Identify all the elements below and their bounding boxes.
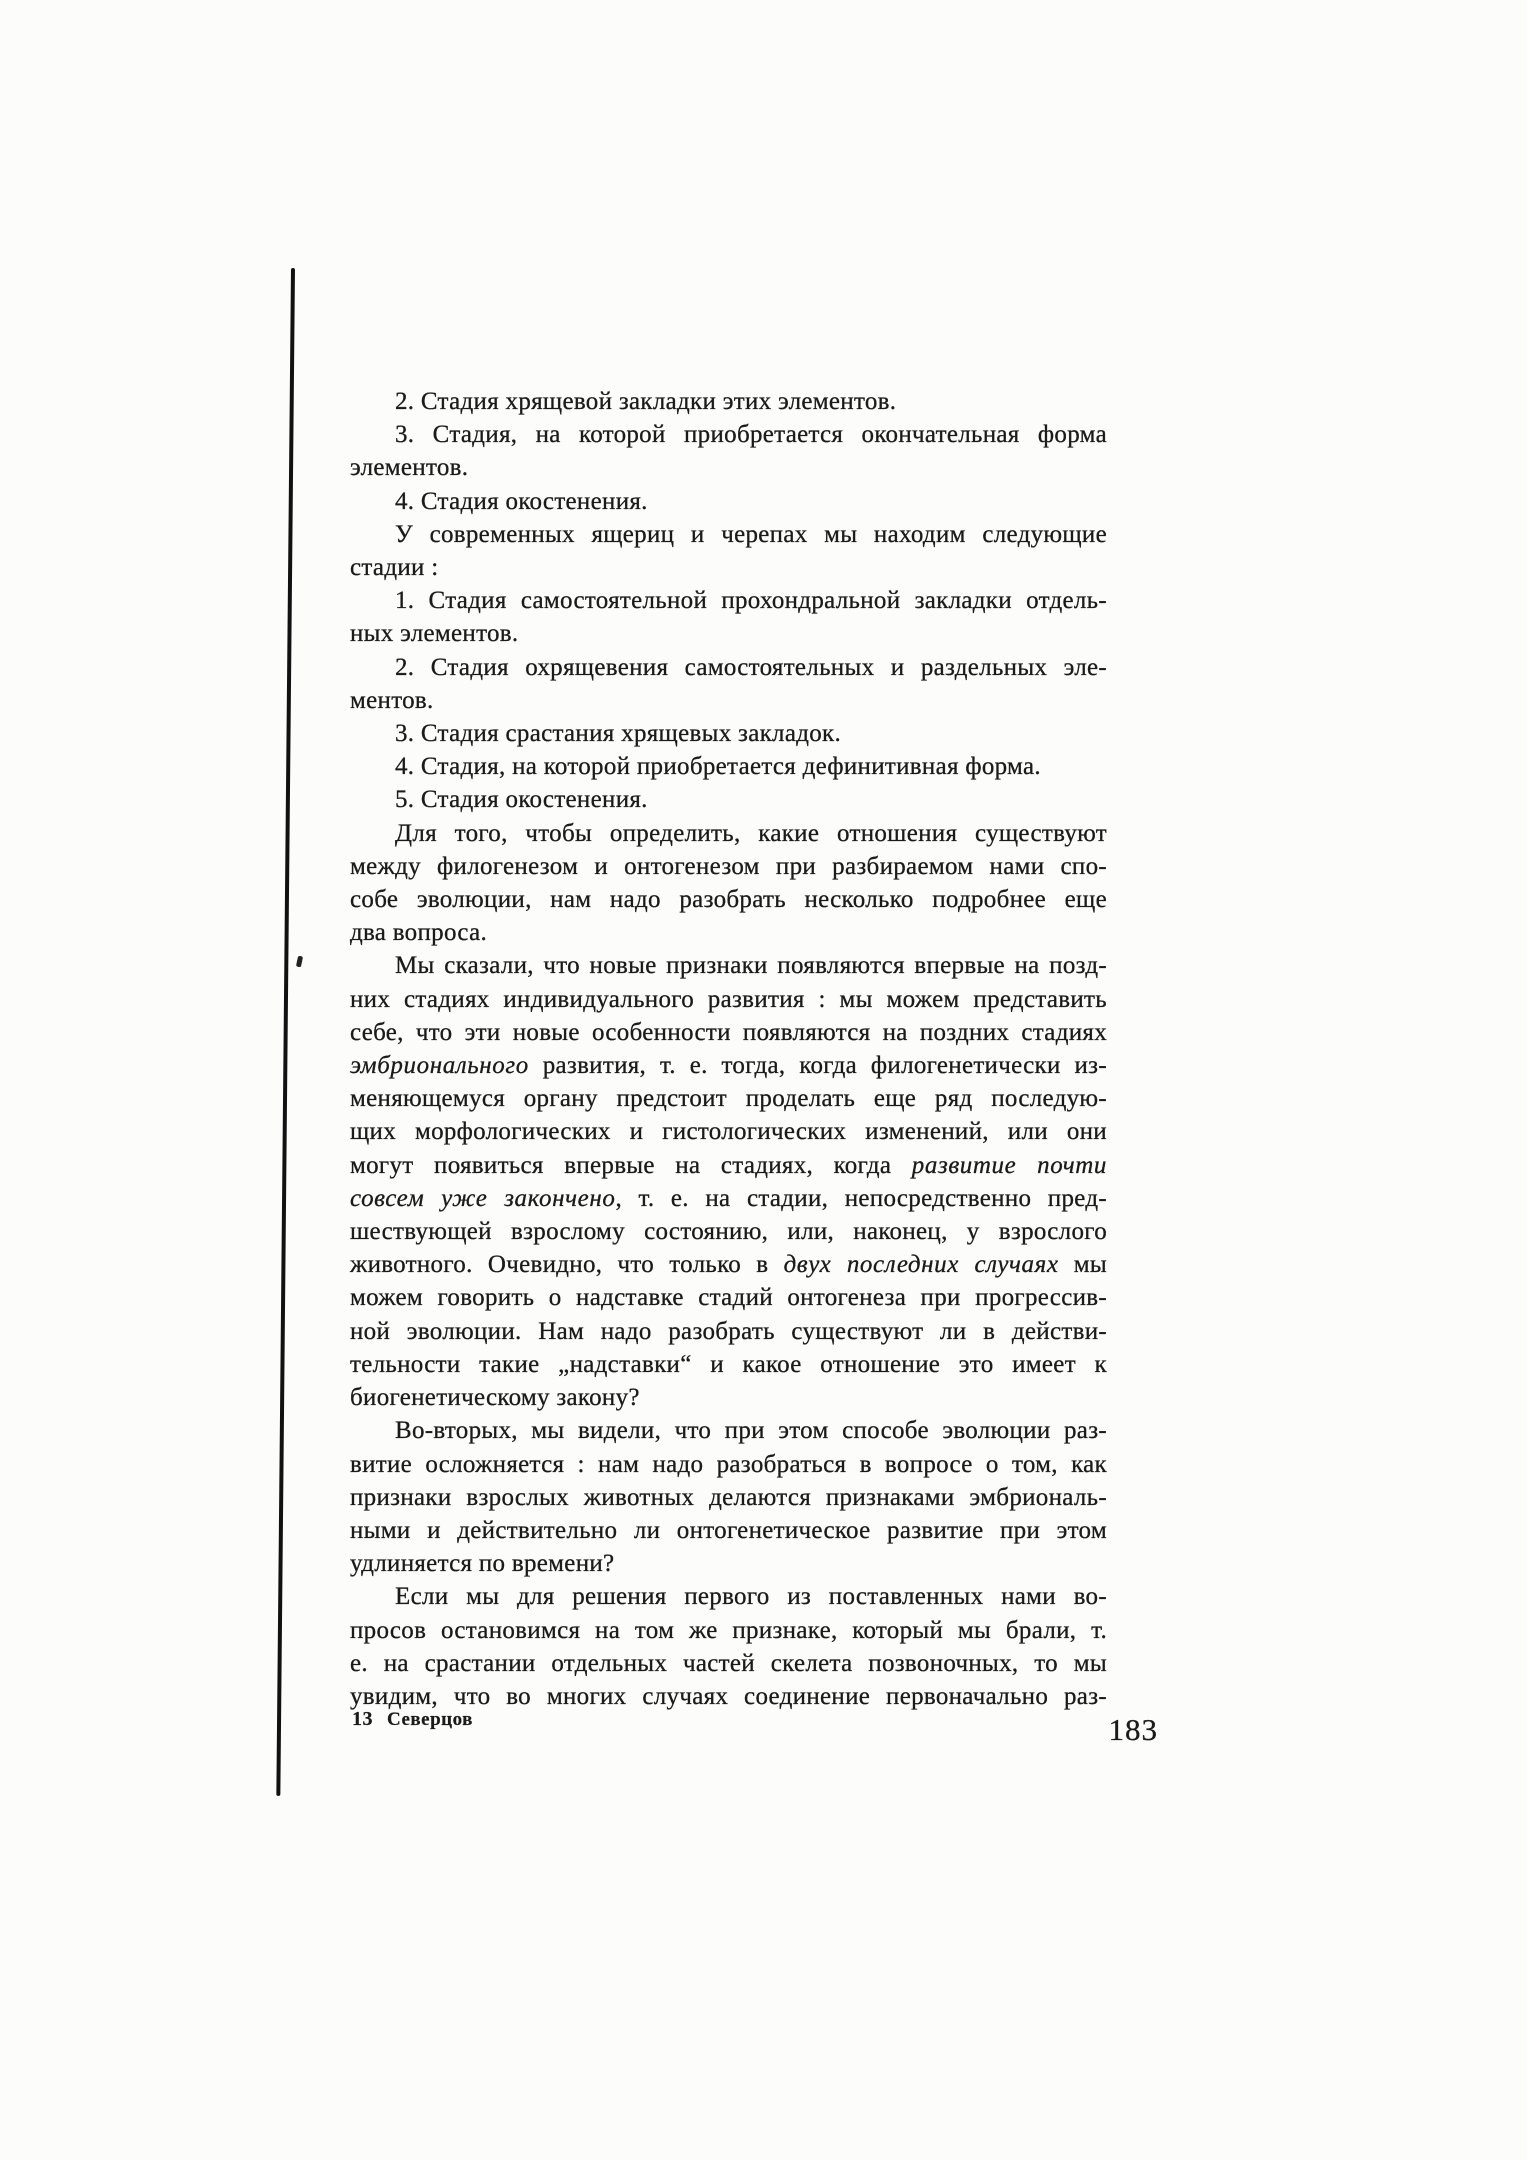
text-line: ных элементов. — [350, 617, 1107, 650]
text-segment: Мы сказали, что новые признаки появляютс… — [395, 952, 1107, 979]
text-segment: биогенетическому закону? — [350, 1384, 640, 1411]
text-line: 4. Стадия, на которой приобретается дефи… — [350, 750, 1107, 783]
text-segment: признаки взрослых животных делаются приз… — [350, 1484, 1107, 1511]
text-segment: 3. Стадия, на которой приобретается окон… — [395, 421, 1107, 448]
italic-text-segment: развитие почти — [912, 1152, 1107, 1179]
text-segment: мы — [1059, 1251, 1107, 1278]
text-line: удлиняется по времени? — [350, 1547, 1107, 1580]
text-line: между филогенезом и онтогенезом при разб… — [350, 850, 1107, 883]
text-line: просов остановимся на том же признаке, к… — [350, 1614, 1107, 1647]
text-segment: ментов. — [350, 687, 434, 714]
text-line: Мы сказали, что новые признаки появляютс… — [350, 949, 1107, 982]
text-segment: можем говорить о надставке стадий онтоге… — [350, 1284, 1107, 1311]
text-line: витие осложняется : нам надо разобраться… — [350, 1448, 1107, 1481]
text-line: могут появиться впервые на стадиях, когд… — [350, 1149, 1107, 1182]
text-segment: Для того, чтобы определить, какие отноше… — [395, 820, 1107, 847]
text-line: них стадиях индивидуального развития : м… — [350, 983, 1107, 1016]
book-page: 2. Стадия хрящевой закладки этих элемент… — [0, 0, 1527, 2160]
text-block: 2. Стадия хрящевой закладки этих элемент… — [350, 385, 1107, 1713]
text-segment: витие осложняется : нам надо разобраться… — [350, 1451, 1107, 1478]
text-line: шествующей взрослому состоянию, или, нак… — [350, 1215, 1107, 1248]
text-segment: могут появиться впервые на стадиях, когд… — [350, 1152, 912, 1179]
text-segment: щих морфологических и гистологических из… — [350, 1118, 1107, 1145]
text-segment: развития, т. е. тогда, когда филогенетич… — [529, 1052, 1107, 1079]
text-line: е. на срастании отдельных частей скелета… — [350, 1647, 1107, 1680]
text-line: 5. Стадия окостенения. — [350, 783, 1107, 816]
text-line: ментов. — [350, 684, 1107, 717]
text-line: 1. Стадия самостоятельной прохондральной… — [350, 584, 1107, 617]
text-line: себе, что эти новые особенности появляют… — [350, 1016, 1107, 1049]
text-line: 3. Стадия, на которой приобретается окон… — [350, 418, 1107, 451]
text-segment: 3. Стадия срастания хрящевых закладок. — [395, 720, 841, 747]
page-gutter-line — [276, 268, 294, 1796]
text-segment: е. на срастании отдельных частей скелета… — [350, 1650, 1107, 1677]
text-segment: меняющемуся органу предстоит проделать е… — [350, 1085, 1107, 1112]
text-segment: ными и действительно ли онтогенетическое… — [350, 1517, 1107, 1544]
text-segment: два вопроса. — [350, 919, 487, 946]
text-segment: животного. Очевидно, что только в — [350, 1251, 784, 1278]
text-line: ной эволюции. Нам надо разобрать существ… — [350, 1315, 1107, 1348]
text-line: Для того, чтобы определить, какие отноше… — [350, 817, 1107, 850]
text-segment: , т. е. на стадии, непосредственно пред- — [615, 1185, 1107, 1212]
text-segment: стадии : — [350, 554, 439, 581]
text-line: тельности такие „надставки“ и какое отно… — [350, 1348, 1107, 1381]
text-line: щих морфологических и гистологических из… — [350, 1115, 1107, 1148]
italic-text-segment: совсем уже закончено — [350, 1185, 615, 1212]
text-line: У современных ящериц и черепах мы находи… — [350, 518, 1107, 551]
text-segment: У современных ящериц и черепах мы находи… — [395, 521, 1107, 548]
text-segment: увидим, что во многих случаях соединение… — [350, 1683, 1107, 1710]
signature-mark: 13 — [352, 1708, 373, 1730]
text-line: стадии : — [350, 551, 1107, 584]
text-segment: элементов. — [350, 454, 468, 481]
text-segment: просов остановимся на том же признаке, к… — [350, 1617, 1107, 1644]
text-segment: 5. Стадия окостенения. — [395, 786, 648, 813]
text-segment: тельности такие „надставки“ и какое отно… — [350, 1351, 1107, 1378]
text-segment: 4. Стадия окостенения. — [395, 488, 648, 515]
text-line: 2. Стадия охрящевения самостоятельных и … — [350, 651, 1107, 684]
text-line: Во-вторых, мы видели, что при этом спосо… — [350, 1414, 1107, 1447]
text-line: меняющемуся органу предстоит проделать е… — [350, 1082, 1107, 1115]
italic-text-segment: двух последних случаях — [784, 1251, 1059, 1278]
text-segment: ной эволюции. Нам надо разобрать существ… — [350, 1318, 1107, 1345]
text-line: биогенетическому закону? — [350, 1381, 1107, 1414]
text-segment: 2. Стадия охрящевения самостоятельных и … — [395, 654, 1107, 681]
text-line: элементов. — [350, 451, 1107, 484]
text-segment: между филогенезом и онтогенезом при разб… — [350, 853, 1107, 880]
text-line: совсем уже закончено, т. е. на стадии, н… — [350, 1182, 1107, 1215]
text-segment: шествующей взрослому состоянию, или, нак… — [350, 1218, 1107, 1245]
text-line: животного. Очевидно, что только в двух п… — [350, 1248, 1107, 1281]
text-segment: собе эволюции, нам надо разобрать нескол… — [350, 886, 1107, 913]
signature-name: Северцов — [387, 1709, 473, 1730]
text-line: ными и действительно ли онтогенетическое… — [350, 1514, 1107, 1547]
text-segment: 1. Стадия самостоятельной прохондральной… — [395, 587, 1107, 614]
text-line: Если мы для решения первого из поставлен… — [350, 1580, 1107, 1613]
text-segment: себе, что эти новые особенности появляют… — [350, 1019, 1107, 1046]
text-line: признаки взрослых животных делаются приз… — [350, 1481, 1107, 1514]
text-segment: удлиняется по времени? — [350, 1550, 614, 1577]
page-number: 183 — [1098, 1712, 1158, 1748]
italic-text-segment: эмбрионального — [350, 1052, 529, 1079]
text-line: можем говорить о надставке стадий онтоге… — [350, 1281, 1107, 1314]
text-segment: 4. Стадия, на которой приобретается дефи… — [395, 753, 1041, 780]
text-segment: них стадиях индивидуального развития : м… — [350, 986, 1107, 1013]
text-line: эмбрионального развития, т. е. тогда, ко… — [350, 1049, 1107, 1082]
text-segment: 2. Стадия хрящевой закладки этих элемент… — [395, 388, 896, 415]
scan-speck — [296, 956, 303, 968]
text-segment: Во-вторых, мы видели, что при этом спосо… — [395, 1417, 1107, 1444]
text-line: собе эволюции, нам надо разобрать нескол… — [350, 883, 1107, 916]
footer-signature: 13Северцов — [352, 1708, 473, 1731]
text-line: 4. Стадия окостенения. — [350, 485, 1107, 518]
text-segment: ных элементов. — [350, 620, 518, 647]
text-line: 2. Стадия хрящевой закладки этих элемент… — [350, 385, 1107, 418]
text-line: два вопроса. — [350, 916, 1107, 949]
text-segment: Если мы для решения первого из поставлен… — [395, 1583, 1107, 1610]
text-line: 3. Стадия срастания хрящевых закладок. — [350, 717, 1107, 750]
